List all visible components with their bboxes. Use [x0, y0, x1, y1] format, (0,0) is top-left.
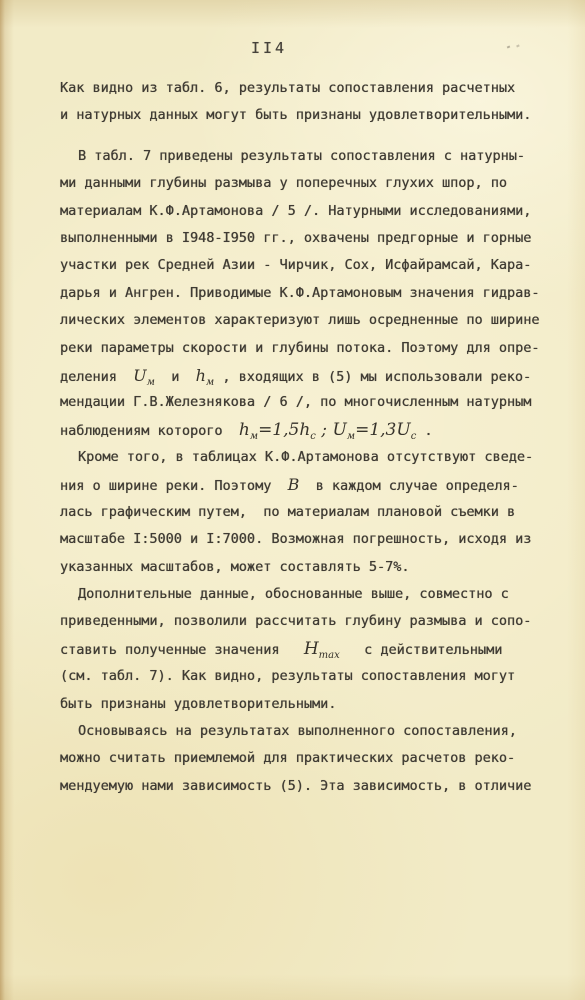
depth-symbol: hм	[196, 366, 215, 385]
text-line: выполненными в I948-I950 гг., охвачены п…	[60, 225, 550, 252]
scanned-page: II4 Как видно из табл. 6, результаты соп…	[0, 0, 585, 1000]
text-line: и натурных данных могут быть признаны уд…	[60, 102, 550, 129]
paragraph: Кроме того, в таблицах К.Ф.Артамонова от…	[60, 444, 550, 581]
text-line: участки рек Средней Азии - Чирчик, Сох, …	[60, 252, 550, 279]
line-text: с действительными	[340, 642, 503, 658]
line-text: наблюдениям которого	[60, 423, 239, 439]
text-line: мендуемую нами зависимость (5). Эта зави…	[60, 773, 550, 800]
paragraph: В табл. 7 приведены результаты сопоставл…	[60, 143, 550, 444]
text-line: ми данными глубины размыва у поперечных …	[60, 170, 550, 197]
line-text: в каждом случае определя-	[299, 478, 518, 494]
text-line: приведенными, позволили рассчитать глуби…	[60, 608, 550, 635]
text-line: масштабе I:5000 и I:7000. Возможная погр…	[60, 526, 550, 553]
text-line: деления Uм и hм , входящих в (5) мы испо…	[60, 362, 550, 389]
paragraph: Дополнительные данные, обоснованные выше…	[60, 581, 550, 718]
text-line: указанных масштабов, может составлять 5-…	[60, 554, 550, 581]
page-number: II4	[251, 39, 287, 57]
paragraph: Основываясь на результатах выполненного …	[60, 718, 550, 800]
river-width-symbol: В	[288, 475, 300, 494]
text-line: лических элементов характеризуют лишь ос…	[60, 307, 550, 334]
text-line: ставить полученные значения Hmax с дейст…	[60, 636, 550, 663]
text-line: (см. табл. 7). Как видно, результаты соп…	[60, 663, 550, 690]
paragraph: Как видно из табл. 6, результаты сопоста…	[60, 75, 550, 130]
line-text: ставить полученные значения	[60, 642, 304, 658]
text-line: Как видно из табл. 6, результаты сопоста…	[60, 75, 550, 102]
text-line: мендации Г.В.Железнякова / 6 /, по много…	[60, 389, 550, 416]
text-line: дарья и Ангрен. Приводимые К.Ф.Артамонов…	[60, 280, 550, 307]
line-text: , входящих в (5) мы использовали реко-	[214, 369, 531, 385]
text-line: Кроме того, в таблицах К.Ф.Артамонова от…	[60, 444, 550, 471]
depth-velocity-formula: hм=1,5hс ; Uм=1,3Uс	[239, 420, 416, 440]
line-text: .	[416, 423, 432, 439]
text-line: реки параметры скорости и глубины потока…	[60, 335, 550, 362]
scan-speck	[507, 45, 511, 48]
text-line: Основываясь на результатах выполненного …	[60, 718, 550, 745]
line-text: и	[155, 369, 196, 385]
text-line: можно считать приемлемой для практически…	[60, 745, 550, 772]
line-text: деления	[60, 369, 133, 385]
text-line: наблюдениям которого hм=1,5hс ; Uм=1,3Uс…	[60, 417, 550, 444]
text-line: лась графическим путем, по материалам пл…	[60, 499, 550, 526]
text-line: ния о ширине реки. Поэтому В в каждом сл…	[60, 471, 550, 498]
velocity-symbol: Uм	[133, 366, 155, 385]
text-line: Дополнительные данные, обоснованные выше…	[60, 581, 550, 608]
line-text: ния о ширине реки. Поэтому	[60, 478, 288, 494]
text-line: В табл. 7 приведены результаты сопоставл…	[60, 143, 550, 170]
page-body: Как видно из табл. 6, результаты сопоста…	[60, 75, 550, 800]
max-scour-depth-symbol: Hmax	[304, 639, 340, 659]
text-line: материалам К.Ф.Артамонова / 5 /. Натурны…	[60, 198, 550, 225]
text-line: быть признаны удовлетворительными.	[60, 691, 550, 718]
